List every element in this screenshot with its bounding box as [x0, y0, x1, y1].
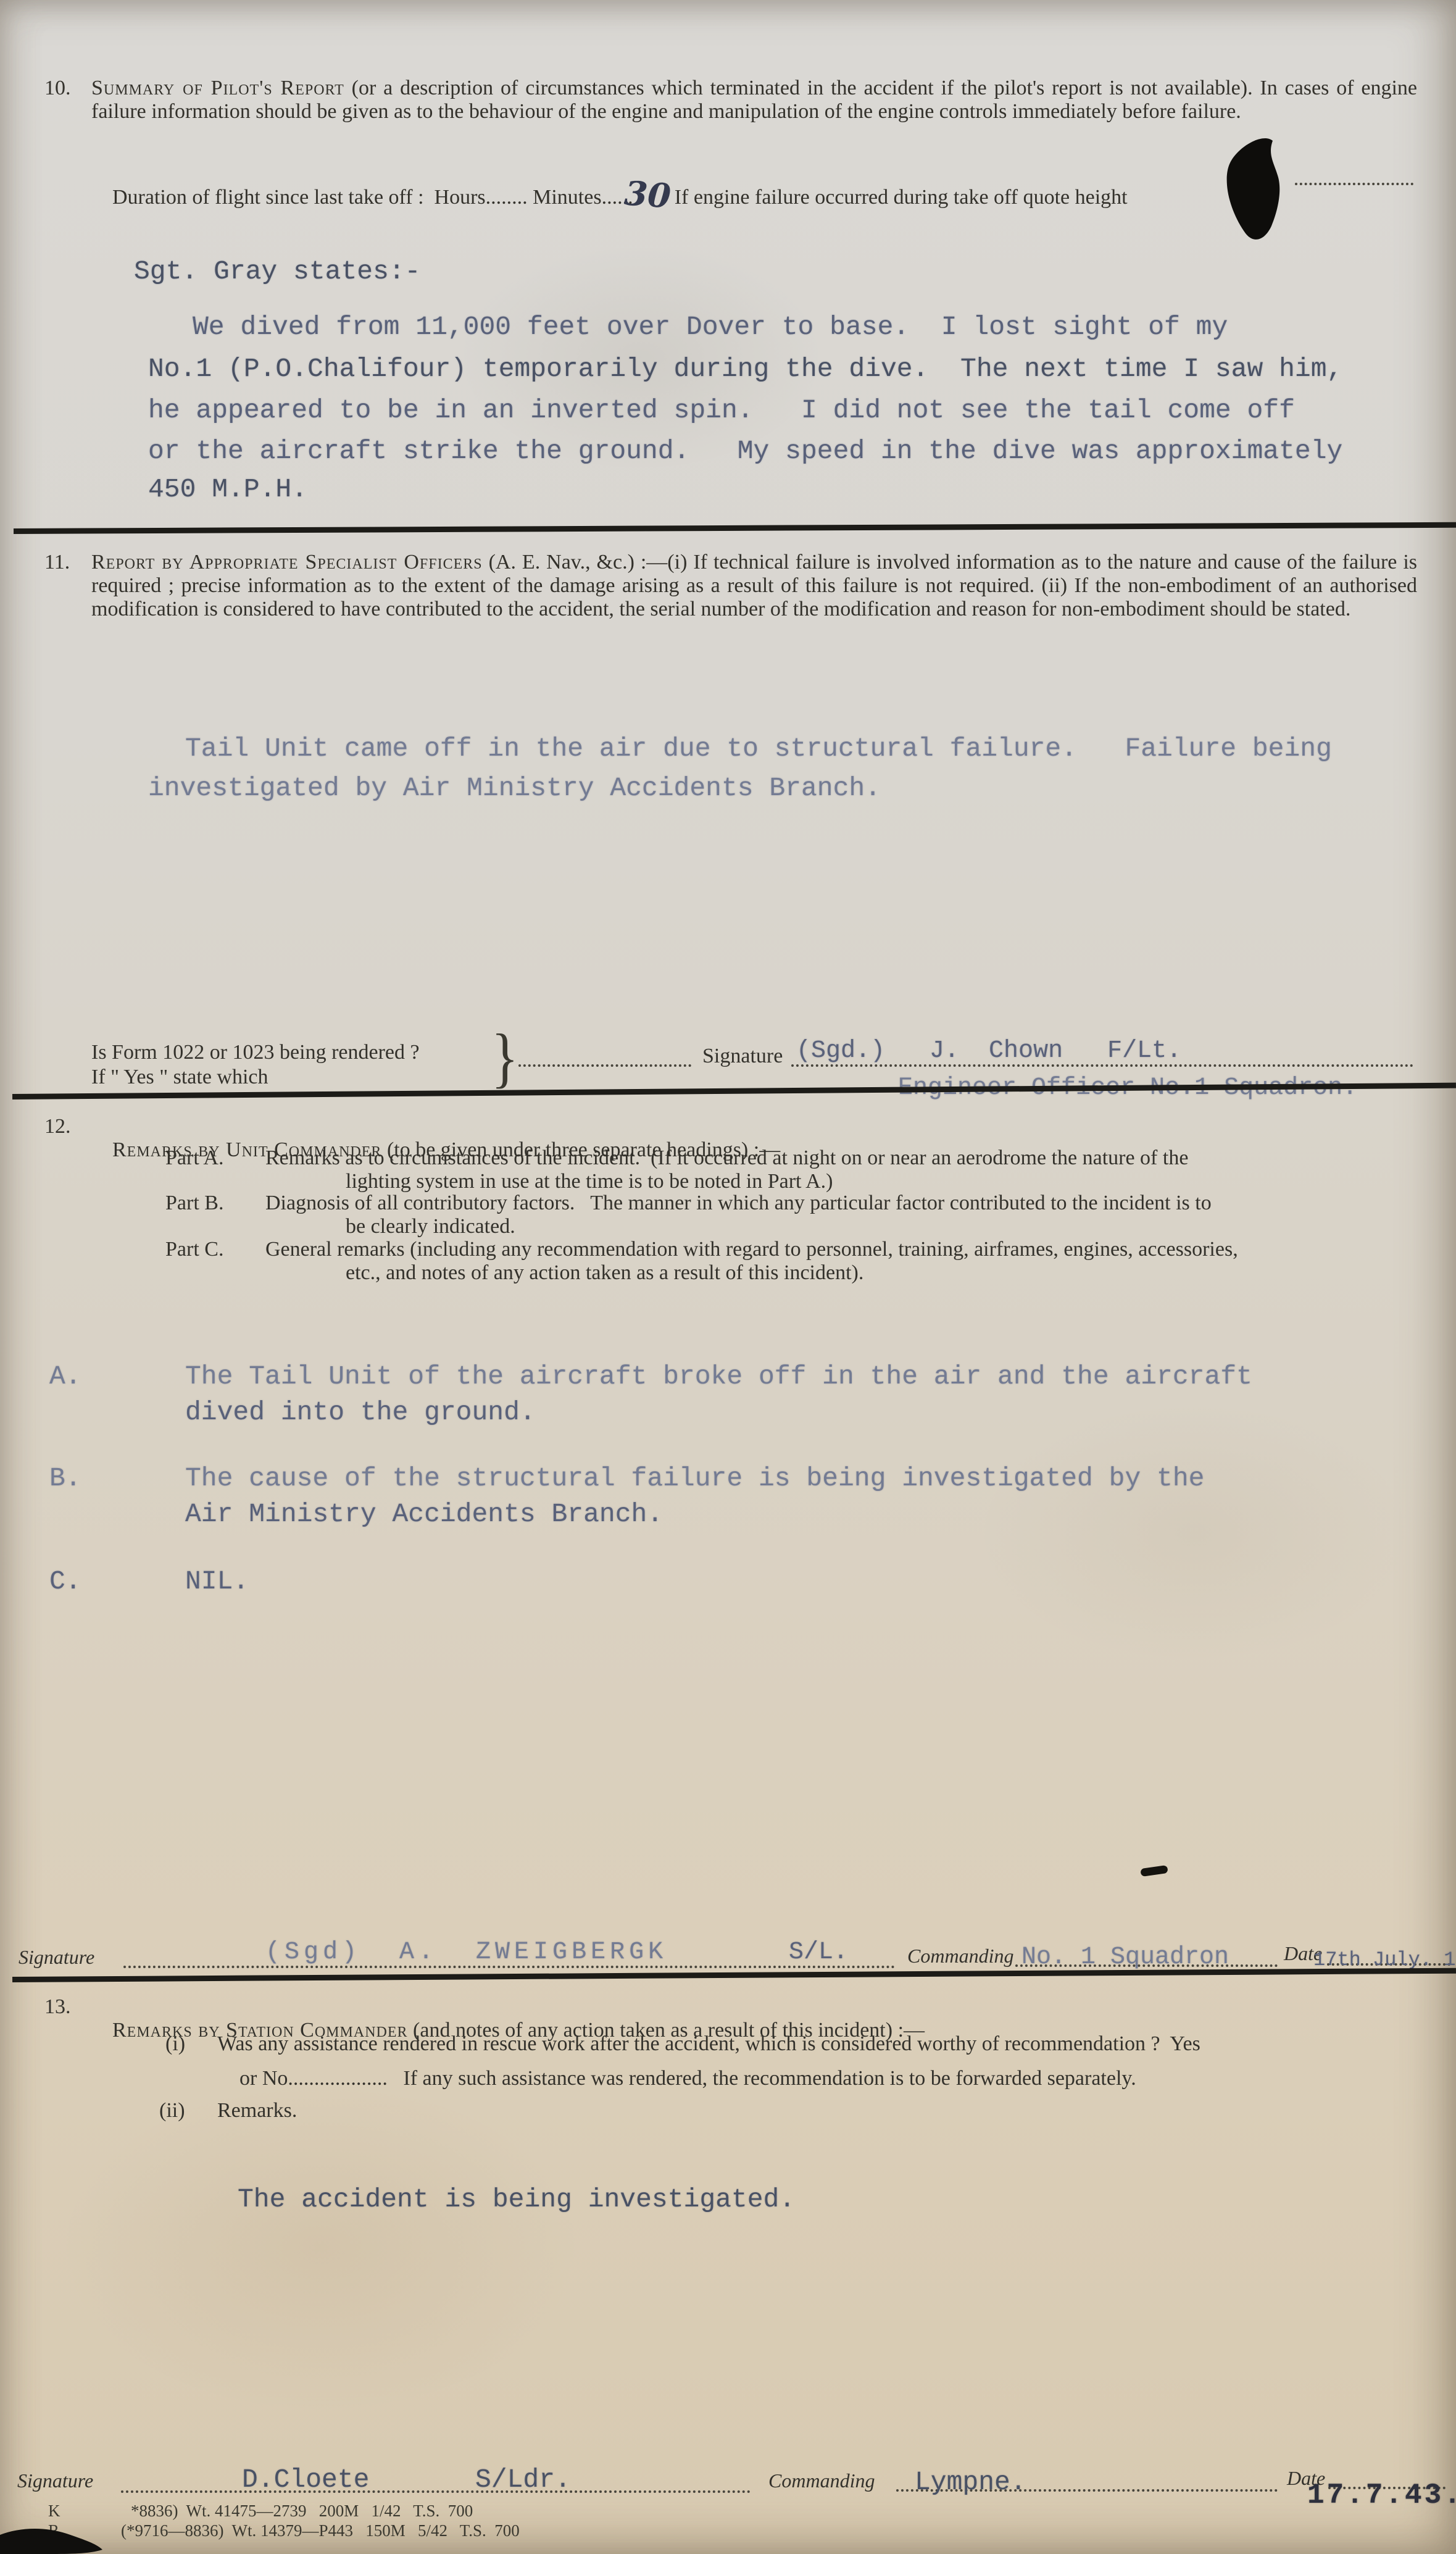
dotted-leader [121, 2490, 751, 2493]
signature-label-11: Signature [702, 1045, 783, 1068]
section10-number: 10. [44, 77, 71, 100]
item-ii-label: (ii) [159, 2099, 185, 2122]
signature-rank-13: S/Ldr. [475, 2464, 571, 2495]
entry-a-label: A. [49, 1361, 81, 1392]
part-c-line1: General remarks (including any recommend… [265, 1238, 1238, 1261]
form-1022-question-line2: If " Yes " state which [91, 1066, 268, 1089]
entry-a-line: dived into the ground. [185, 1397, 536, 1427]
entry-b-line: Air Ministry Accidents Branch. [185, 1499, 663, 1529]
section11-number: 11. [44, 551, 70, 574]
form-1022-question-line1: Is Form 1022 or 1023 being rendered ? [91, 1041, 420, 1064]
part-b-line1: Diagnosis of all contributory factors. T… [265, 1191, 1212, 1215]
signature-label-12: Signature [19, 1946, 94, 1969]
signature-value-12: (Sgd) A. ZWEIGBERGK [265, 1938, 667, 1966]
pilot-statement-line: or the aircraft strike the ground. My sp… [148, 436, 1342, 466]
minutes-handwritten-value: 30 [623, 181, 672, 207]
part-c-label: Part C. [165, 1238, 223, 1261]
scanned-accident-report-form: 10. Summary of Pilot's Report (or a desc… [0, 0, 1456, 2554]
part-c-line2: etc., and notes of any action taken as a… [346, 1261, 863, 1285]
entry-b-label: B. [49, 1463, 81, 1493]
entry-c-label: C. [49, 1566, 81, 1596]
pilot-statement-line: he appeared to be in an inverted spin. I… [148, 395, 1295, 425]
dotted-leader [1295, 183, 1413, 185]
part-b-line2: be clearly indicated. [346, 1215, 515, 1238]
entry-a-line: The Tail Unit of the aircraft broke off … [185, 1361, 1252, 1392]
signature-value-11: (Sgd.) J. Chown F/Lt. [796, 1037, 1181, 1065]
after-minutes-label: If engine failure occurred during take o… [675, 186, 1128, 209]
item-i-line1: Was any assistance rendered in rescue wo… [217, 2032, 1200, 2056]
ink-smudge [1140, 1865, 1168, 1877]
signature-value-13: D.Cloete [242, 2464, 369, 2495]
section11-title: Report by Appropriate Specialist Officer… [91, 551, 483, 574]
pilot-statement-line: No.1 (P.O.Chalifour) temporarily during … [148, 354, 1342, 384]
duration-label: Duration of flight since last take off :… [112, 186, 633, 209]
entry-b-line: The cause of the structural failure is b… [185, 1463, 1204, 1493]
item-i-line2: or No................... If any such ass… [239, 2067, 1136, 2090]
part-b-label: Part B. [165, 1191, 223, 1215]
duration-line: Duration of flight since last take off :… [91, 157, 1128, 233]
commanding-label-12: Commanding [907, 1945, 1013, 1968]
entry-c-line: NIL. [185, 1566, 249, 1596]
section11-heading: Report by Appropriate Specialist Officer… [91, 551, 1417, 621]
ink-blot-top [1197, 128, 1302, 252]
station-commander-remark: The accident is being investigated. [238, 2184, 795, 2214]
commanding-label-13: Commanding [768, 2469, 875, 2492]
curly-brace: } [491, 1020, 518, 1096]
footer-prefix-1: K [48, 2502, 60, 2521]
date-value-13: 17.7.43. [1307, 2479, 1456, 2511]
dotted-leader [518, 1064, 691, 1067]
horizontal-rule [12, 1968, 1456, 1982]
pilot-statement-intro: Sgt. Gray states:- [134, 256, 420, 286]
pilot-statement-line: We dived from 11,000 feet over Dover to … [193, 312, 1228, 342]
part-a-label: Part A. [165, 1146, 223, 1170]
section13-number: 13. [44, 1995, 71, 2019]
part-a-line1: Remarks as to circumstances of the incid… [265, 1146, 1188, 1170]
specialist-typed-line: investigated by Air Ministry Accidents B… [148, 773, 881, 803]
specialist-typed-line: Tail Unit came off in the air due to str… [185, 733, 1332, 764]
horizontal-rule [14, 522, 1456, 534]
footer-line-1: *8836) Wt. 41475—2739 200M 1/42 T.S. 700 [131, 2502, 473, 2521]
signature-rank-12: S/L. [789, 1938, 848, 1966]
commanding-value-13: Lympne. [915, 2467, 1026, 2497]
item-i-label: (i) [165, 2032, 185, 2056]
section12-number: 12. [44, 1115, 71, 1138]
commanding-value-12: No. 1 Squadron [1021, 1943, 1229, 1971]
item-ii-text: Remarks. [217, 2099, 297, 2122]
footer-line-2: (*9716—8836) Wt. 14379—P443 150M 5/42 T.… [121, 2521, 520, 2540]
ink-blot-bottom [0, 2524, 130, 2554]
signature-label-13: Signature [17, 2469, 93, 2492]
part-a-line2: lighting system in use at the time is to… [346, 1170, 833, 1193]
section10-heading: Summary of Pilot's Report (or a descript… [91, 77, 1417, 123]
section10-title: Summary of Pilot's Report [91, 77, 344, 99]
pilot-statement-line: 450 M.P.H. [148, 474, 307, 504]
